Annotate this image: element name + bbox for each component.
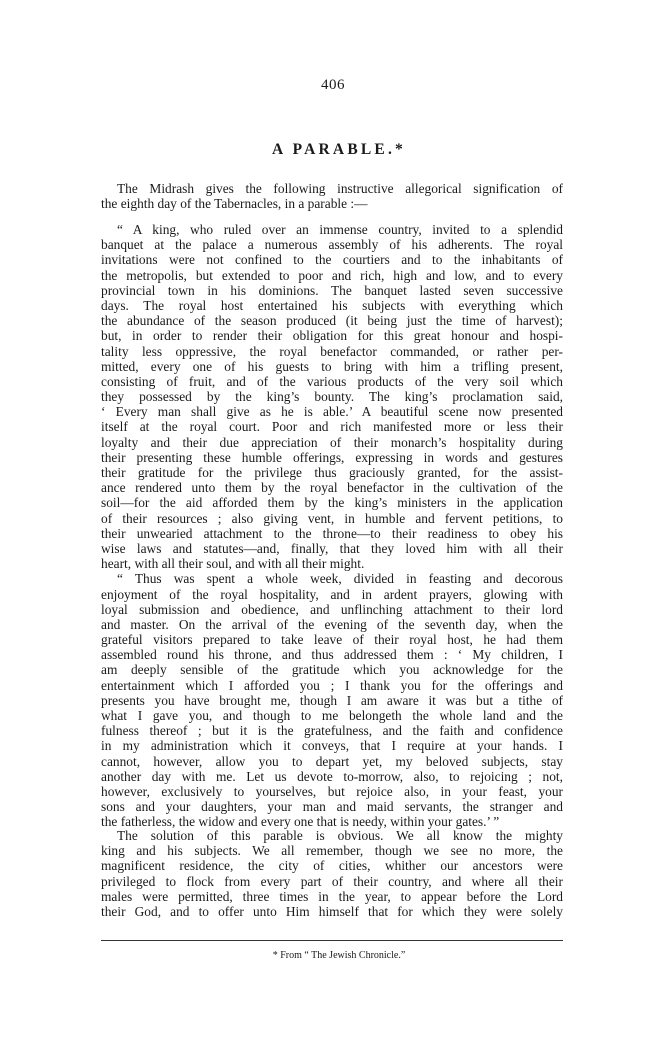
text-line: days. The royal host entertained his sub… xyxy=(101,298,563,313)
text-line: enjoyment of the royal hospitality, and … xyxy=(101,587,563,602)
text-line: invitations were not confined to the cou… xyxy=(101,252,563,267)
text-line: their presenting these humble offerings,… xyxy=(101,450,563,465)
text-line: “ A king, who ruled over an immense coun… xyxy=(101,222,563,237)
text-line: entertainment which I afforded you ; I t… xyxy=(101,678,563,693)
page-number: 406 xyxy=(0,77,666,94)
text-line: ance rendered unto them by the royal ben… xyxy=(101,480,563,495)
text-line: loyalty and their due appreciation of th… xyxy=(101,435,563,450)
text-line: heart, with all their soul, and with all… xyxy=(101,556,563,571)
text-line: king and his subjects. We all remember, … xyxy=(101,843,563,858)
text-line: fulness thereof ; but it is the grateful… xyxy=(101,723,563,738)
text-line: soil—for the aid afforded them by the ki… xyxy=(101,495,563,510)
text-line: tality less oppressive, the royal benefa… xyxy=(101,344,563,359)
intro-paragraph: The Midrash gives the following instruct… xyxy=(101,181,563,211)
text-line: itself at the royal court. Poor and rich… xyxy=(101,419,563,434)
text-line: grateful visitors prepared to take leave… xyxy=(101,632,563,647)
text-line: however, exclusively to yourselves, but … xyxy=(101,784,563,799)
text-line: The solution of this parable is obvious.… xyxy=(101,828,563,843)
text-line: mitted, every one of his guests to bring… xyxy=(101,359,563,374)
text-line: wise laws and statutes—and, finally, tha… xyxy=(101,541,563,556)
text-line: loyal submission and obedience, and unfl… xyxy=(101,602,563,617)
text-line: the metropolis, but extended to poor and… xyxy=(101,268,563,283)
parable-paragraph: “ A king, who ruled over an immense coun… xyxy=(101,222,563,830)
text-line: their unwearied attachment to the throne… xyxy=(101,526,563,541)
text-line: consisting of fruit, and of the various … xyxy=(101,374,563,389)
text-line: the abundance of the season produced (it… xyxy=(101,313,563,328)
text-line: the eighth day of the Tabernacles, in a … xyxy=(101,196,563,211)
text-line: “ Thus was spent a whole week, divided i… xyxy=(101,571,563,586)
text-line: assembled round his throne, and thus add… xyxy=(101,647,563,662)
text-line: what I gave you, and though to me belong… xyxy=(101,708,563,723)
text-line: cannot, however, allow you to depart yet… xyxy=(101,754,563,769)
text-line: their God, and to offer unto Him himself… xyxy=(101,904,563,919)
text-line: The Midrash gives the following instruct… xyxy=(101,181,563,196)
text-line: their gratitude for the privilege thus g… xyxy=(101,465,563,480)
text-line: am deeply sensible of the gratitude whic… xyxy=(101,662,563,677)
text-line: in my administration which it conveys, t… xyxy=(101,738,563,753)
text-line: but, in order to render their obligation… xyxy=(101,328,563,343)
text-line: presents you have brought me, though I a… xyxy=(101,693,563,708)
footnote-rule xyxy=(101,940,563,941)
footnote: * From “ The Jewish Chronicle.” xyxy=(0,950,666,961)
text-line: banquet at the palace a numerous assembl… xyxy=(101,237,563,252)
text-line: of their resources ; also giving vent, i… xyxy=(101,511,563,526)
text-line: sons and your daughters, your man and ma… xyxy=(101,799,563,814)
text-line: and master. On the arrival of the evenin… xyxy=(101,617,563,632)
text-line: magnificent residence, the city of citie… xyxy=(101,858,563,873)
text-line: ‘ Every man shall give as he is able.’ A… xyxy=(101,404,563,419)
text-line: males were permitted, three times in the… xyxy=(101,889,563,904)
solution-paragraph: The solution of this parable is obvious.… xyxy=(101,828,563,919)
text-line: another day with me. Let us devote to-mo… xyxy=(101,769,563,784)
text-line: they possessed by the king’s bounty. The… xyxy=(101,389,563,404)
article-title: A PARABLE.* xyxy=(0,141,666,159)
text-line: privileged to flock from every part of t… xyxy=(101,874,563,889)
text-line: provincial town in his dominions. The ba… xyxy=(101,283,563,298)
